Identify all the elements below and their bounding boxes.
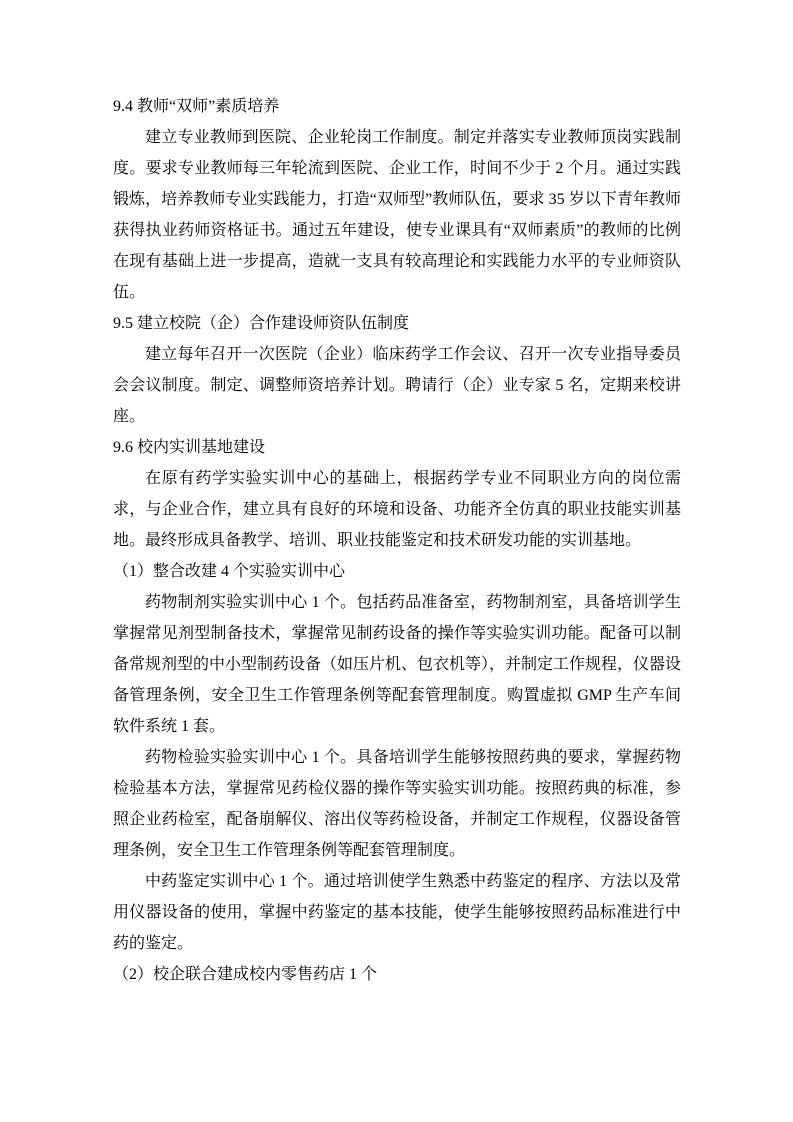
body-paragraph: 药物检验实验实训中心 1 个。具备培训学生能够按照药典的要求，掌握药物检验基本方… (113, 742, 681, 866)
list-item-heading-2: （2）校企联合建成校内零售药店 1 个 (113, 959, 681, 990)
body-paragraph: 在原有药学实验实训中心的基础上，根据药学专业不同职业方向的岗位需求，与企业合作，… (113, 463, 681, 556)
body-paragraph: 建立每年召开一次医院（企业）临床药学工作会议、召开一次专业指导委员会会议制度。制… (113, 339, 681, 432)
list-item-heading-1: （1）整合改建 4 个实验实训中心 (113, 556, 681, 587)
body-paragraph: 建立专业教师到医院、企业轮岗工作制度。制定并落实专业教师顶岗实践制度。要求专业教… (113, 122, 681, 308)
document-page: 9.4 教师“双师”素质培养 建立专业教师到医院、企业轮岗工作制度。制定并落实专… (0, 0, 793, 1122)
body-paragraph: 中药鉴定实训中心 1 个。通过培训使学生熟悉中药鉴定的程序、方法以及常用仪器设备… (113, 866, 681, 959)
body-paragraph: 药物制剂实验实训中心 1 个。包括药品准备室，药物制剂室，具备培训学生掌握常见剂… (113, 587, 681, 742)
section-heading-9-5: 9.5 建立校院（企）合作建设师资队伍制度 (113, 308, 681, 339)
section-heading-9-4: 9.4 教师“双师”素质培养 (113, 91, 681, 122)
section-heading-9-6: 9.6 校内实训基地建设 (113, 432, 681, 463)
